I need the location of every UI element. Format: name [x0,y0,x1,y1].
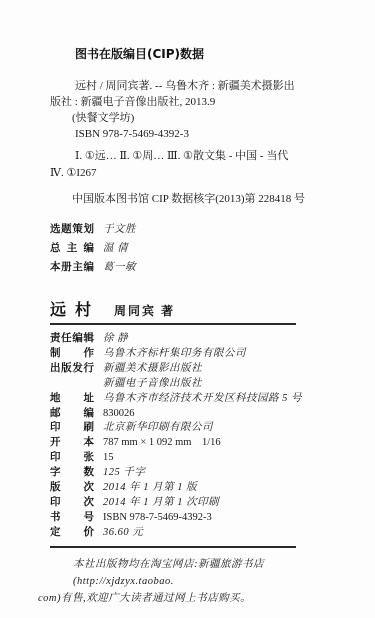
colophon-label: 书号 [50,511,94,526]
colophon-row: 书号 ISBN 978-7-5469-4392-3 [50,511,347,526]
colophon-value: 徐 静 [103,332,128,347]
staff-role-label: 总主编 [50,239,94,258]
colophon-row: 制作 乌鲁木齐标杆集印务有限公司 [50,347,347,362]
staff-row: 本册主编 葛一敏 [50,258,347,277]
colophon-value: ISBN 978-7-5469-4392-3 [103,511,212,526]
cip-entry-line2: 版社 : 新疆电子音像出版社, 2013.9 [50,94,347,110]
colophon-value: 乌鲁木齐市经济技术开发区科技园路 5 号 [103,392,302,407]
colophon-value: 787 mm × 1 092 mm 1/16 [103,436,221,451]
staff-name: 葛一敏 [103,258,136,277]
colophon-value: 125 千字 [103,466,145,481]
colophon-label: 制作 [50,347,94,362]
colophon-row: 定价 36.60 元 [50,526,347,541]
cip-classification-line1: Ⅰ. ①远… Ⅱ. ①周… Ⅲ. ①散文集 - 中国 - 当代 [50,148,347,165]
colophon-row: 出版发行 新疆美术摄影出版社 [50,362,347,377]
colophon-label: 出版发行 [50,362,94,377]
colophon-label: 字数 [50,466,94,481]
cip-classification-line2: Ⅳ. ①I267 [50,165,347,182]
colophon-label: 责任编辑 [50,332,94,347]
cip-classification: Ⅰ. ①远… Ⅱ. ①周… Ⅲ. ①散文集 - 中国 - 当代 Ⅳ. ①I267 [50,148,347,182]
title-row: 远村 周同宾 著 [50,297,347,320]
colophon-label: 印张 [50,451,94,466]
colophon-value: 15 [103,451,114,466]
colophon-label: 版次 [50,481,94,496]
colophon-value: 北京新华印刷有限公司 [103,421,213,436]
colophon-label: 印刷 [50,421,94,436]
book-title: 远村 [50,297,100,320]
staff-row: 总主编 温 倩 [50,239,347,258]
colophon-label: 开本 [50,436,94,451]
staff-name: 温 倩 [103,239,128,258]
colophon-label: 邮编 [50,407,94,422]
divider-line-top [50,323,296,325]
staff-row: 选题策划 于文胜 [50,220,347,239]
publication-colophon: 责任编辑 徐 静 制作 乌鲁木齐标杆集印务有限公司 出版发行 新疆美术摄影出版社… [50,332,347,541]
colophon-value: 830026 [103,407,135,422]
divider-line-bottom [50,546,296,548]
staff-role-label: 本册主编 [50,258,94,277]
cip-series-title: (快餐文学坊) [50,110,347,126]
colophon-row: 字数 125 千字 [50,466,347,481]
colophon-row: 新疆电子音像出版社 [50,377,347,392]
colophon-label: 地址 [50,392,94,407]
colophon-row: 邮编 830026 [50,407,347,422]
colophon-row: 开本 787 mm × 1 092 mm 1/16 [50,436,347,451]
colophon-value: 2014 年 1 月第 1 次印刷 [103,496,219,511]
footer-note-line2: com)有售,欢迎广大读者通过网上书店购买。 [38,590,300,607]
cip-entry: 远村 / 周同宾著. -- 乌鲁木齐 : 新疆美术摄影出 版社 : 新疆电子音像… [50,78,347,142]
cip-record-number: 中国版本图书馆 CIP 数据核字(2013)第 228418 号 [50,191,347,207]
book-copyright-page: 图书在版编目(CIP)数据 远村 / 周同宾著. -- 乌鲁木齐 : 新疆美术摄… [0,0,375,618]
staff-role-label: 选题策划 [50,220,94,239]
colophon-row: 印张 15 [50,451,347,466]
colophon-row: 版次 2014 年 1 月第 1 版 [50,481,347,496]
colophon-value: 乌鲁木齐标杆集印务有限公司 [103,347,246,362]
colophon-value: 36.60 元 [103,526,143,541]
footer-note-line1: 本社出版物均在淘宝网店:新疆旅游书店(http://xjdzyx.taobao. [38,556,300,590]
colophon-label: 印次 [50,496,94,511]
staff-name: 于文胜 [103,220,136,239]
colophon-row: 地址 乌鲁木齐市经济技术开发区科技园路 5 号 [50,392,347,407]
colophon-row: 责任编辑 徐 静 [50,332,347,347]
colophon-label: 定价 [50,526,94,541]
colophon-row: 印刷 北京新华印刷有限公司 [50,421,347,436]
editorial-staff-list: 选题策划 于文胜 总主编 温 倩 本册主编 葛一敏 [50,220,347,277]
cip-entry-line1: 远村 / 周同宾著. -- 乌鲁木齐 : 新疆美术摄影出 [50,78,347,94]
colophon-value: 2014 年 1 月第 1 版 [103,481,197,496]
cip-isbn: ISBN 978-7-5469-4392-3 [50,126,347,142]
book-author: 周同宾 著 [114,302,175,319]
colophon-row: 印次 2014 年 1 月第 1 次印刷 [50,496,347,511]
cip-header: 图书在版编目(CIP)数据 [75,46,347,62]
colophon-value: 新疆美术摄影出版社 [103,362,202,377]
footer-note: 本社出版物均在淘宝网店:新疆旅游书店(http://xjdzyx.taobao.… [38,556,300,607]
colophon-value: 新疆电子音像出版社 [103,377,202,392]
